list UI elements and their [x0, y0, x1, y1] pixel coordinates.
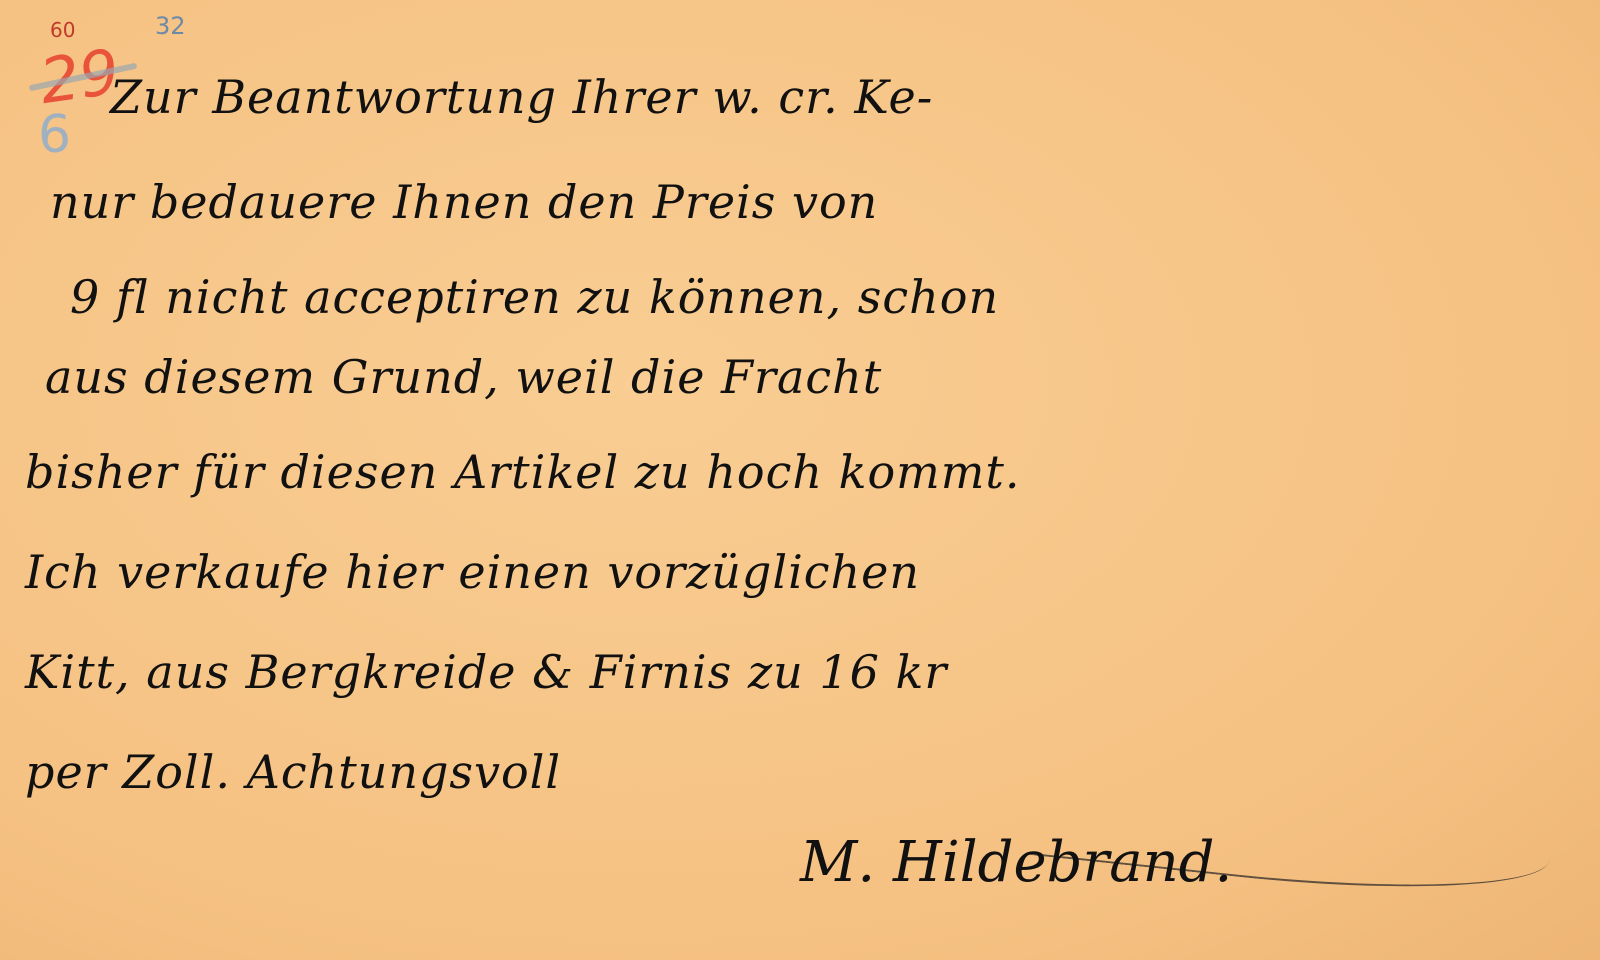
postcard: 60 29 32 6 Zur Beantwortung Ihrer w. cr.… [0, 0, 1600, 960]
text-line-2: nur bedauere Ihnen den Preis von [50, 175, 878, 229]
archive-number-blue-left: 6 [38, 105, 71, 165]
text-line-3: 9 fl nicht acceptiren zu können, schon [70, 270, 999, 324]
signature: M. Hildebrand. [800, 830, 1232, 895]
text-line-7: Kitt, aus Bergkreide & Firnis zu 16 kr [25, 645, 947, 699]
archive-number-blue-top: 32 [155, 12, 186, 40]
archive-number-red-small: 60 [50, 18, 75, 42]
text-line-8: per Zoll. Achtungsvoll [25, 745, 561, 799]
text-line-6: Ich verkaufe hier einen vorzüglichen [25, 545, 920, 599]
text-line-1: Zur Beantwortung Ihrer w. cr. Ke- [110, 70, 933, 124]
text-line-5: bisher für diesen Artikel zu hoch kommt. [25, 445, 1021, 499]
text-line-4: aus diesem Grund, weil die Fracht [45, 350, 882, 404]
